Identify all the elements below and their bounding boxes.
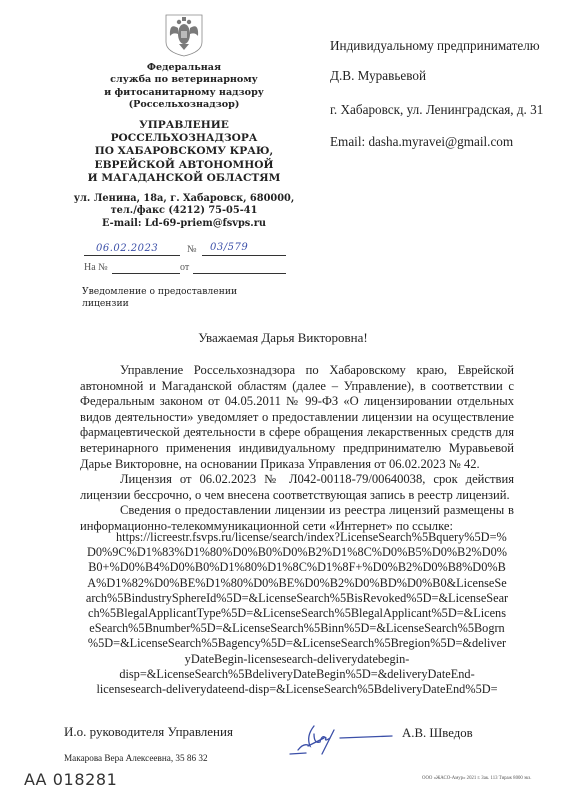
agency-name: Федеральная служба по ветеринарному и фи… bbox=[60, 62, 308, 112]
coat-of-arms-icon bbox=[163, 12, 205, 58]
sender-address: ул. Ленина, 18а, г. Хабаровск, 680000, т… bbox=[60, 193, 308, 231]
date-underline bbox=[84, 255, 180, 256]
printer-mark: ООО «ЖАСО-Амур» 2021 г. Зак. 113 Тираж 8… bbox=[422, 776, 531, 781]
letter-body: Управление Россельхознадзора по Хабаровс… bbox=[80, 363, 514, 535]
number-underline bbox=[202, 255, 286, 256]
sender-block: Федеральная служба по ветеринарному и фи… bbox=[60, 62, 308, 230]
subject: Уведомление о предоставлении лицензии bbox=[82, 286, 282, 309]
reply-number-underline bbox=[112, 273, 180, 274]
signatory-position: И.о. руководителя Управления bbox=[64, 724, 233, 740]
salutation: Уважаемая Дарья Викторовна! bbox=[0, 330, 566, 346]
paragraph-license: Лицензия от 06.02.2023 № Л042-00118-79/0… bbox=[80, 472, 514, 503]
recipient-email: Email: dasha.myravei@gmail.com bbox=[330, 134, 513, 150]
signatory-name: А.В. Шведов bbox=[402, 726, 473, 741]
paragraph-notice: Управление Россельхознадзора по Хабаровс… bbox=[80, 363, 514, 472]
handwritten-signature-icon bbox=[284, 716, 394, 758]
recipient-address: г. Хабаровск, ул. Ленинградская, д. 31 bbox=[330, 102, 543, 118]
reply-from-label: от bbox=[180, 262, 189, 273]
department-name: УПРАВЛЕНИЕ РОССЕЛЬХОЗНАДЗОРА ПО ХАБАРОВС… bbox=[60, 119, 308, 186]
recipient-name: Д.В. Муравьевой bbox=[330, 68, 426, 84]
executor-contact: Макарова Вера Алексеевна, 35 86 32 bbox=[64, 753, 208, 763]
registry-link[interactable]: https://licreestr.fsvps.ru/license/searc… bbox=[72, 530, 522, 697]
registration-number: 03/579 bbox=[210, 242, 248, 253]
registration-date: 06.02.2023 bbox=[96, 243, 158, 254]
number-label: № bbox=[187, 244, 197, 255]
reply-number-label: На № bbox=[84, 262, 108, 273]
recipient-title: Индивидуальному предпринимателю bbox=[330, 38, 540, 54]
form-serial-number: АА 018281 bbox=[24, 770, 117, 789]
reply-date-underline bbox=[193, 273, 286, 274]
